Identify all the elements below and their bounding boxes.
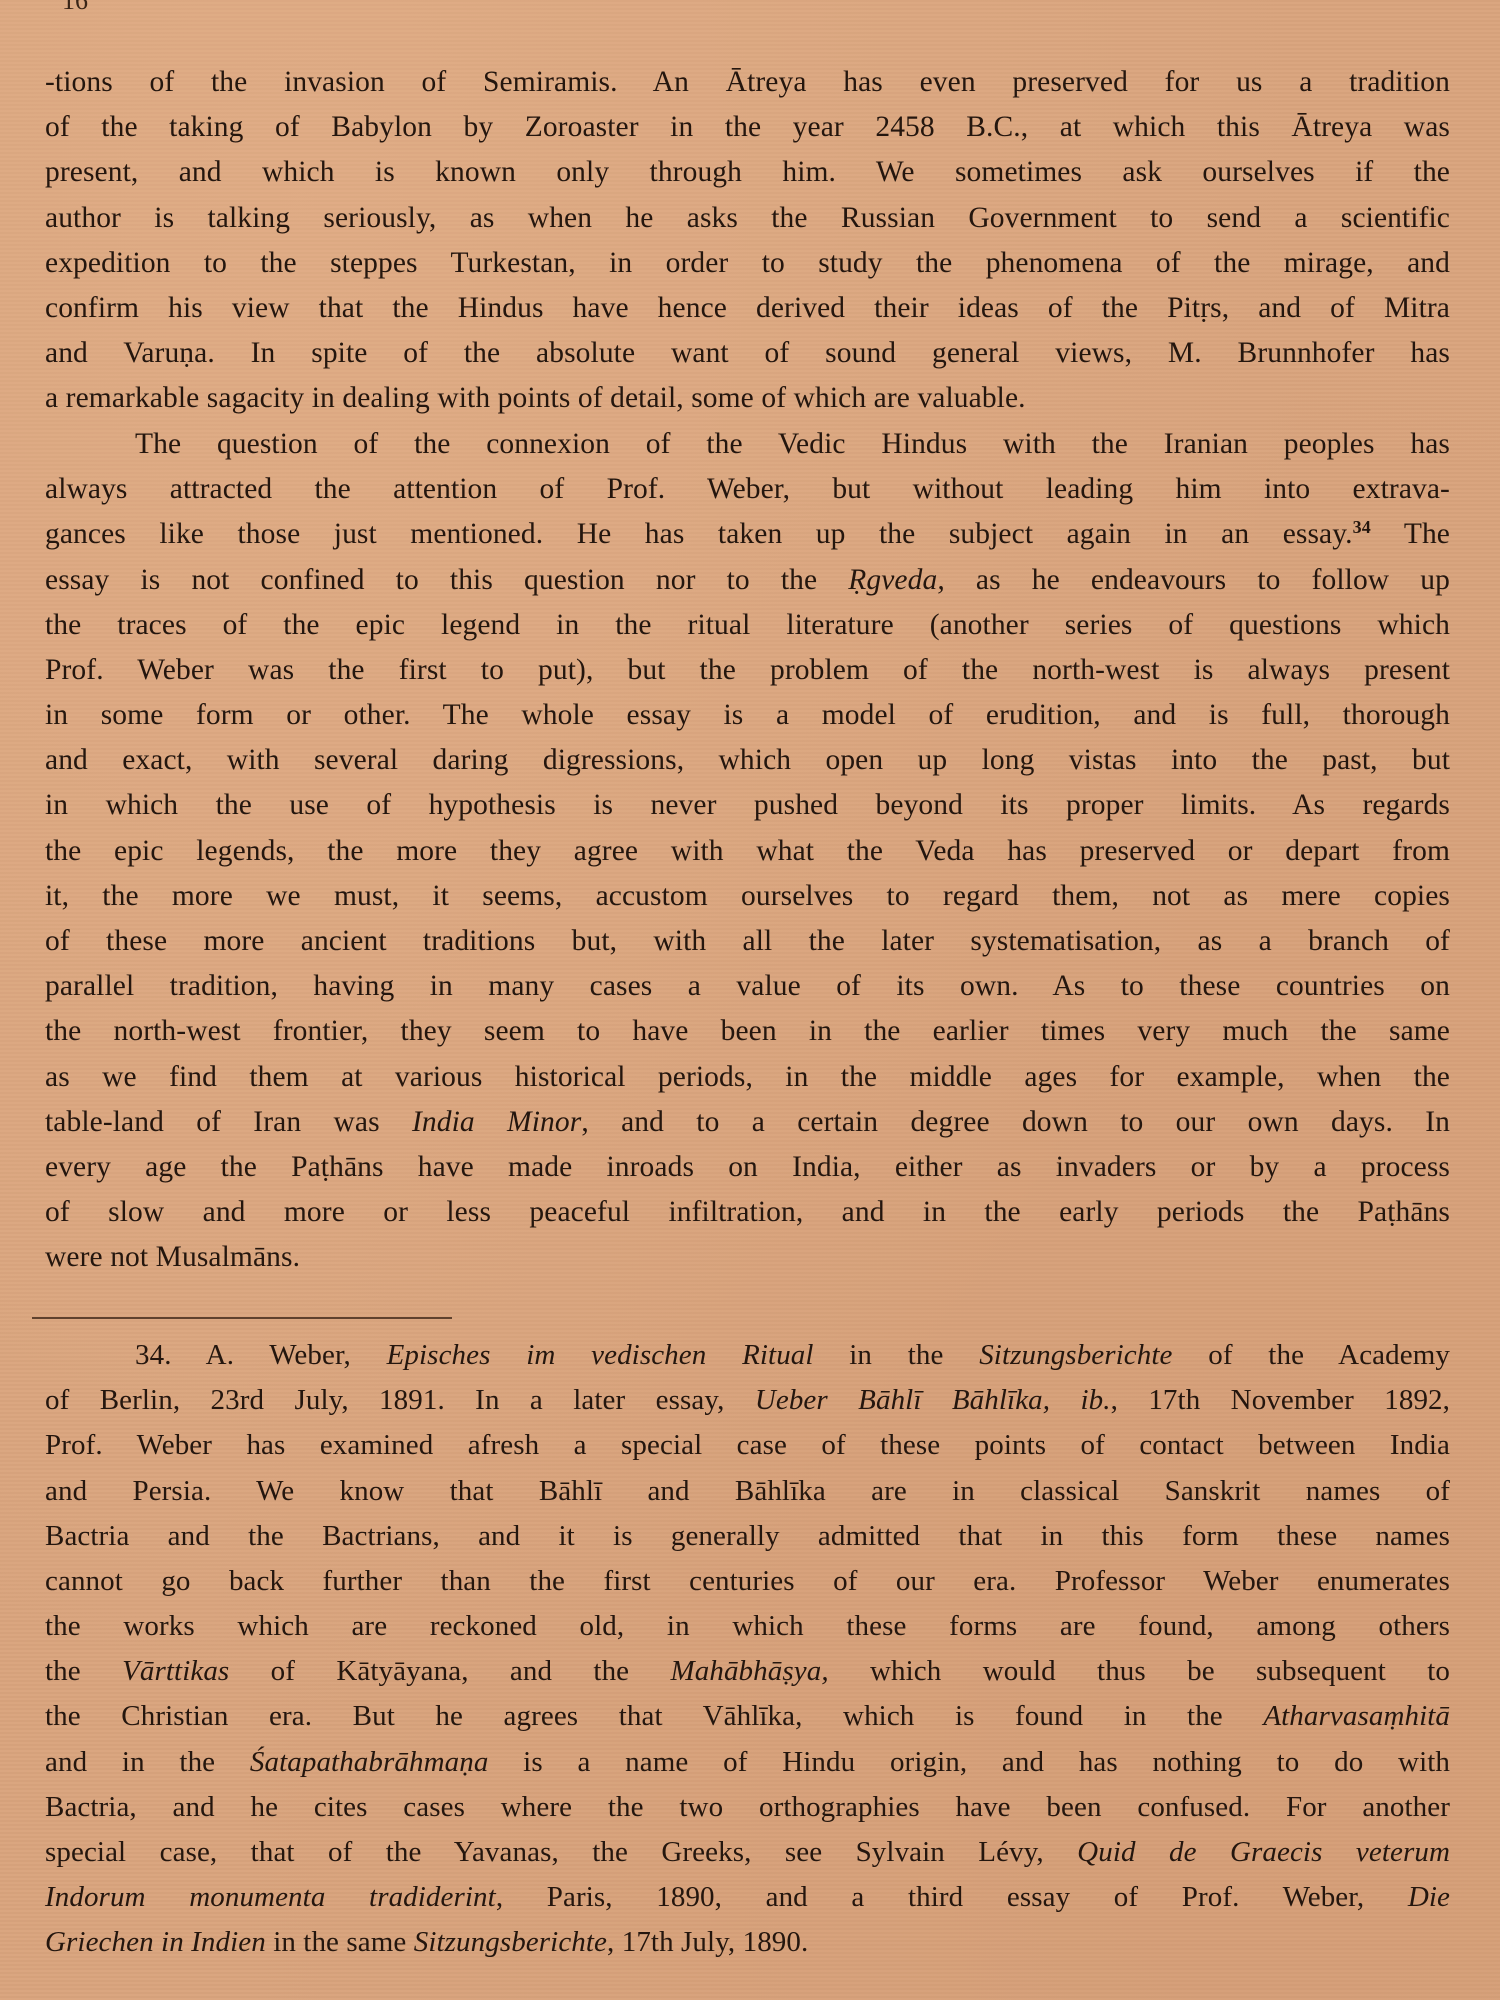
text-segment: as he endeavours to follow up <box>945 564 1450 596</box>
text-segment: The <box>1371 518 1450 550</box>
text-segment: Bactria and the Bactrians, and it is gen… <box>45 1520 1450 1552</box>
text-segment: , 17th July, 1890. <box>607 1926 808 1958</box>
text-segment: gances like those just mentioned. He has… <box>45 518 1353 550</box>
italic-term: Ṛgveda, <box>848 564 945 596</box>
text-segment: Bactria, and he cites cases where the tw… <box>45 1791 1450 1823</box>
body-line: always attracted the attention of Prof. … <box>45 467 1450 512</box>
footnote-line: and in the Śatapathabrāhmaṇa is a name o… <box>45 1740 1450 1785</box>
footnote-line: special case, that of the Yavanas, the G… <box>45 1830 1450 1875</box>
text-segment: the Christian era. But he agrees that Vā… <box>45 1700 1263 1732</box>
italic-title: Sitzungsberichte <box>414 1926 607 1958</box>
body-line: confirm his view that the Hindus have he… <box>45 286 1450 331</box>
italic-title: Episches im vedischen Ritual <box>387 1339 814 1371</box>
text-segment: in the same <box>266 1926 414 1958</box>
footnote-line: cannot go back further than the first ce… <box>45 1559 1450 1604</box>
body-line: table-land of Iran was India Minor, and … <box>45 1100 1450 1145</box>
footnote-line: of Berlin, 23rd July, 1891. In a later e… <box>45 1378 1450 1423</box>
text-segment: which would thus be subsequent to <box>829 1655 1450 1687</box>
italic-term: India Minor <box>412 1106 581 1138</box>
footnote-line: Bactria and the Bactrians, and it is gen… <box>45 1514 1450 1559</box>
body-line: present, and which is known only through… <box>45 150 1450 195</box>
text-segment: Prof. Weber has examined afresh a specia… <box>45 1429 1450 1461</box>
italic-title: Indorum monumenta tradiderint <box>45 1881 496 1913</box>
body-line: parallel tradition, having in many cases… <box>45 964 1450 1009</box>
footnote-line: Indorum monumenta tradiderint, Paris, 18… <box>45 1875 1450 1920</box>
italic-title: Ueber Bāhlī Bāhlīka, ib. <box>755 1384 1111 1416</box>
body-line: the traces of the epic legend in the rit… <box>45 603 1450 648</box>
footnote-line: the Vārttikas of Kātyāyana, and the Mahā… <box>45 1649 1450 1694</box>
footnote-line: Prof. Weber has examined afresh a specia… <box>45 1423 1450 1468</box>
text-segment: of the Academy <box>1173 1339 1450 1371</box>
body-line: it, the more we must, it seems, accustom… <box>45 874 1450 919</box>
footnote-divider <box>32 1317 452 1319</box>
body-line: the epic legends, the more they agree wi… <box>45 829 1450 874</box>
body-line: and exact, with several daring digressio… <box>45 738 1450 783</box>
italic-title: Mahābhāṣya, <box>671 1655 829 1687</box>
text-segment: , Paris, 1890, and a third essay of Prof… <box>496 1881 1408 1913</box>
body-line: in some form or other. The whole essay i… <box>45 693 1450 738</box>
body-line: expedition to the steppes Turkestan, in … <box>45 241 1450 286</box>
page-number: 16 <box>62 0 88 16</box>
body-line: and Varuṇa. In spite of the absolute wan… <box>45 331 1450 376</box>
text-segment: essay is not confined to this question n… <box>45 564 848 596</box>
footnote-reference[interactable]: 34 <box>1353 517 1371 537</box>
italic-title: Vārttikas <box>122 1655 229 1687</box>
text-segment: , 17th November 1892, <box>1111 1384 1450 1416</box>
body-line: were not Musalmāns. <box>45 1235 1450 1280</box>
body-line: Prof. Weber was the first to put), but t… <box>45 648 1450 693</box>
italic-title: Griechen in Indien <box>45 1926 266 1958</box>
footnote-line: the works which are reckoned old, in whi… <box>45 1604 1450 1649</box>
body-line: a remarkable sagacity in dealing with po… <box>45 376 1450 421</box>
italic-title: Atharvasaṃhitā <box>1263 1700 1450 1732</box>
text-segment: table-land of Iran was <box>45 1106 412 1138</box>
body-line: gances like those just mentioned. He has… <box>45 512 1450 557</box>
body-line: author is talking seriously, as when he … <box>45 196 1450 241</box>
text-segment: of Berlin, 23rd July, 1891. In a later e… <box>45 1384 755 1416</box>
text-segment: is a name of Hindu origin, and has nothi… <box>488 1746 1450 1778</box>
italic-title: Quid de Graecis veterum <box>1077 1836 1450 1868</box>
body-line: of the taking of Babylon by Zoroaster in… <box>45 105 1450 150</box>
body-line: in which the use of hypothesis is never … <box>45 783 1450 828</box>
footnote-line: 34. A. Weber, Episches im vedischen Ritu… <box>135 1333 1450 1378</box>
body-line: every age the Paṭhāns have made inroads … <box>45 1145 1450 1190</box>
footnote-line: and Persia. We know that Bāhlī and Bāhlī… <box>45 1469 1450 1514</box>
text-segment: the works which are reckoned old, in whi… <box>45 1610 1450 1642</box>
body-line: essay is not confined to this question n… <box>45 558 1450 603</box>
body-line: The question of the connexion of the Ved… <box>135 422 1450 467</box>
body-line: as we find them at various historical pe… <box>45 1055 1450 1100</box>
body-line: -tions of the invasion of Semiramis. An … <box>45 60 1450 105</box>
text-segment: in the <box>814 1339 980 1371</box>
italic-title: Die <box>1408 1881 1450 1913</box>
body-line: of slow and more or less peaceful infilt… <box>45 1190 1450 1235</box>
text-segment: , and to a certain degree down to our ow… <box>581 1106 1450 1138</box>
text-segment: 34. A. Weber, <box>135 1339 387 1371</box>
text-segment: cannot go back further than the first ce… <box>45 1565 1450 1597</box>
body-line: the north-west frontier, they seem to ha… <box>45 1009 1450 1054</box>
footnote-line: Griechen in Indien in the same Sitzungsb… <box>45 1920 1450 1965</box>
text-segment: of Kātyāyana, and the <box>229 1655 670 1687</box>
footnote-line: Bactria, and he cites cases where the tw… <box>45 1785 1450 1830</box>
footnote-line: the Christian era. But he agrees that Vā… <box>45 1694 1450 1739</box>
text-segment: and in the <box>45 1746 250 1778</box>
text-segment: the <box>45 1655 122 1687</box>
italic-title: Śatapathabrāhmaṇa <box>250 1746 489 1778</box>
body-line: of these more ancient traditions but, wi… <box>45 919 1450 964</box>
text-segment: and Persia. We know that Bāhlī and Bāhlī… <box>45 1475 1450 1507</box>
text-segment: special case, that of the Yavanas, the G… <box>45 1836 1077 1868</box>
italic-title: Sitzungsberichte <box>979 1339 1172 1371</box>
